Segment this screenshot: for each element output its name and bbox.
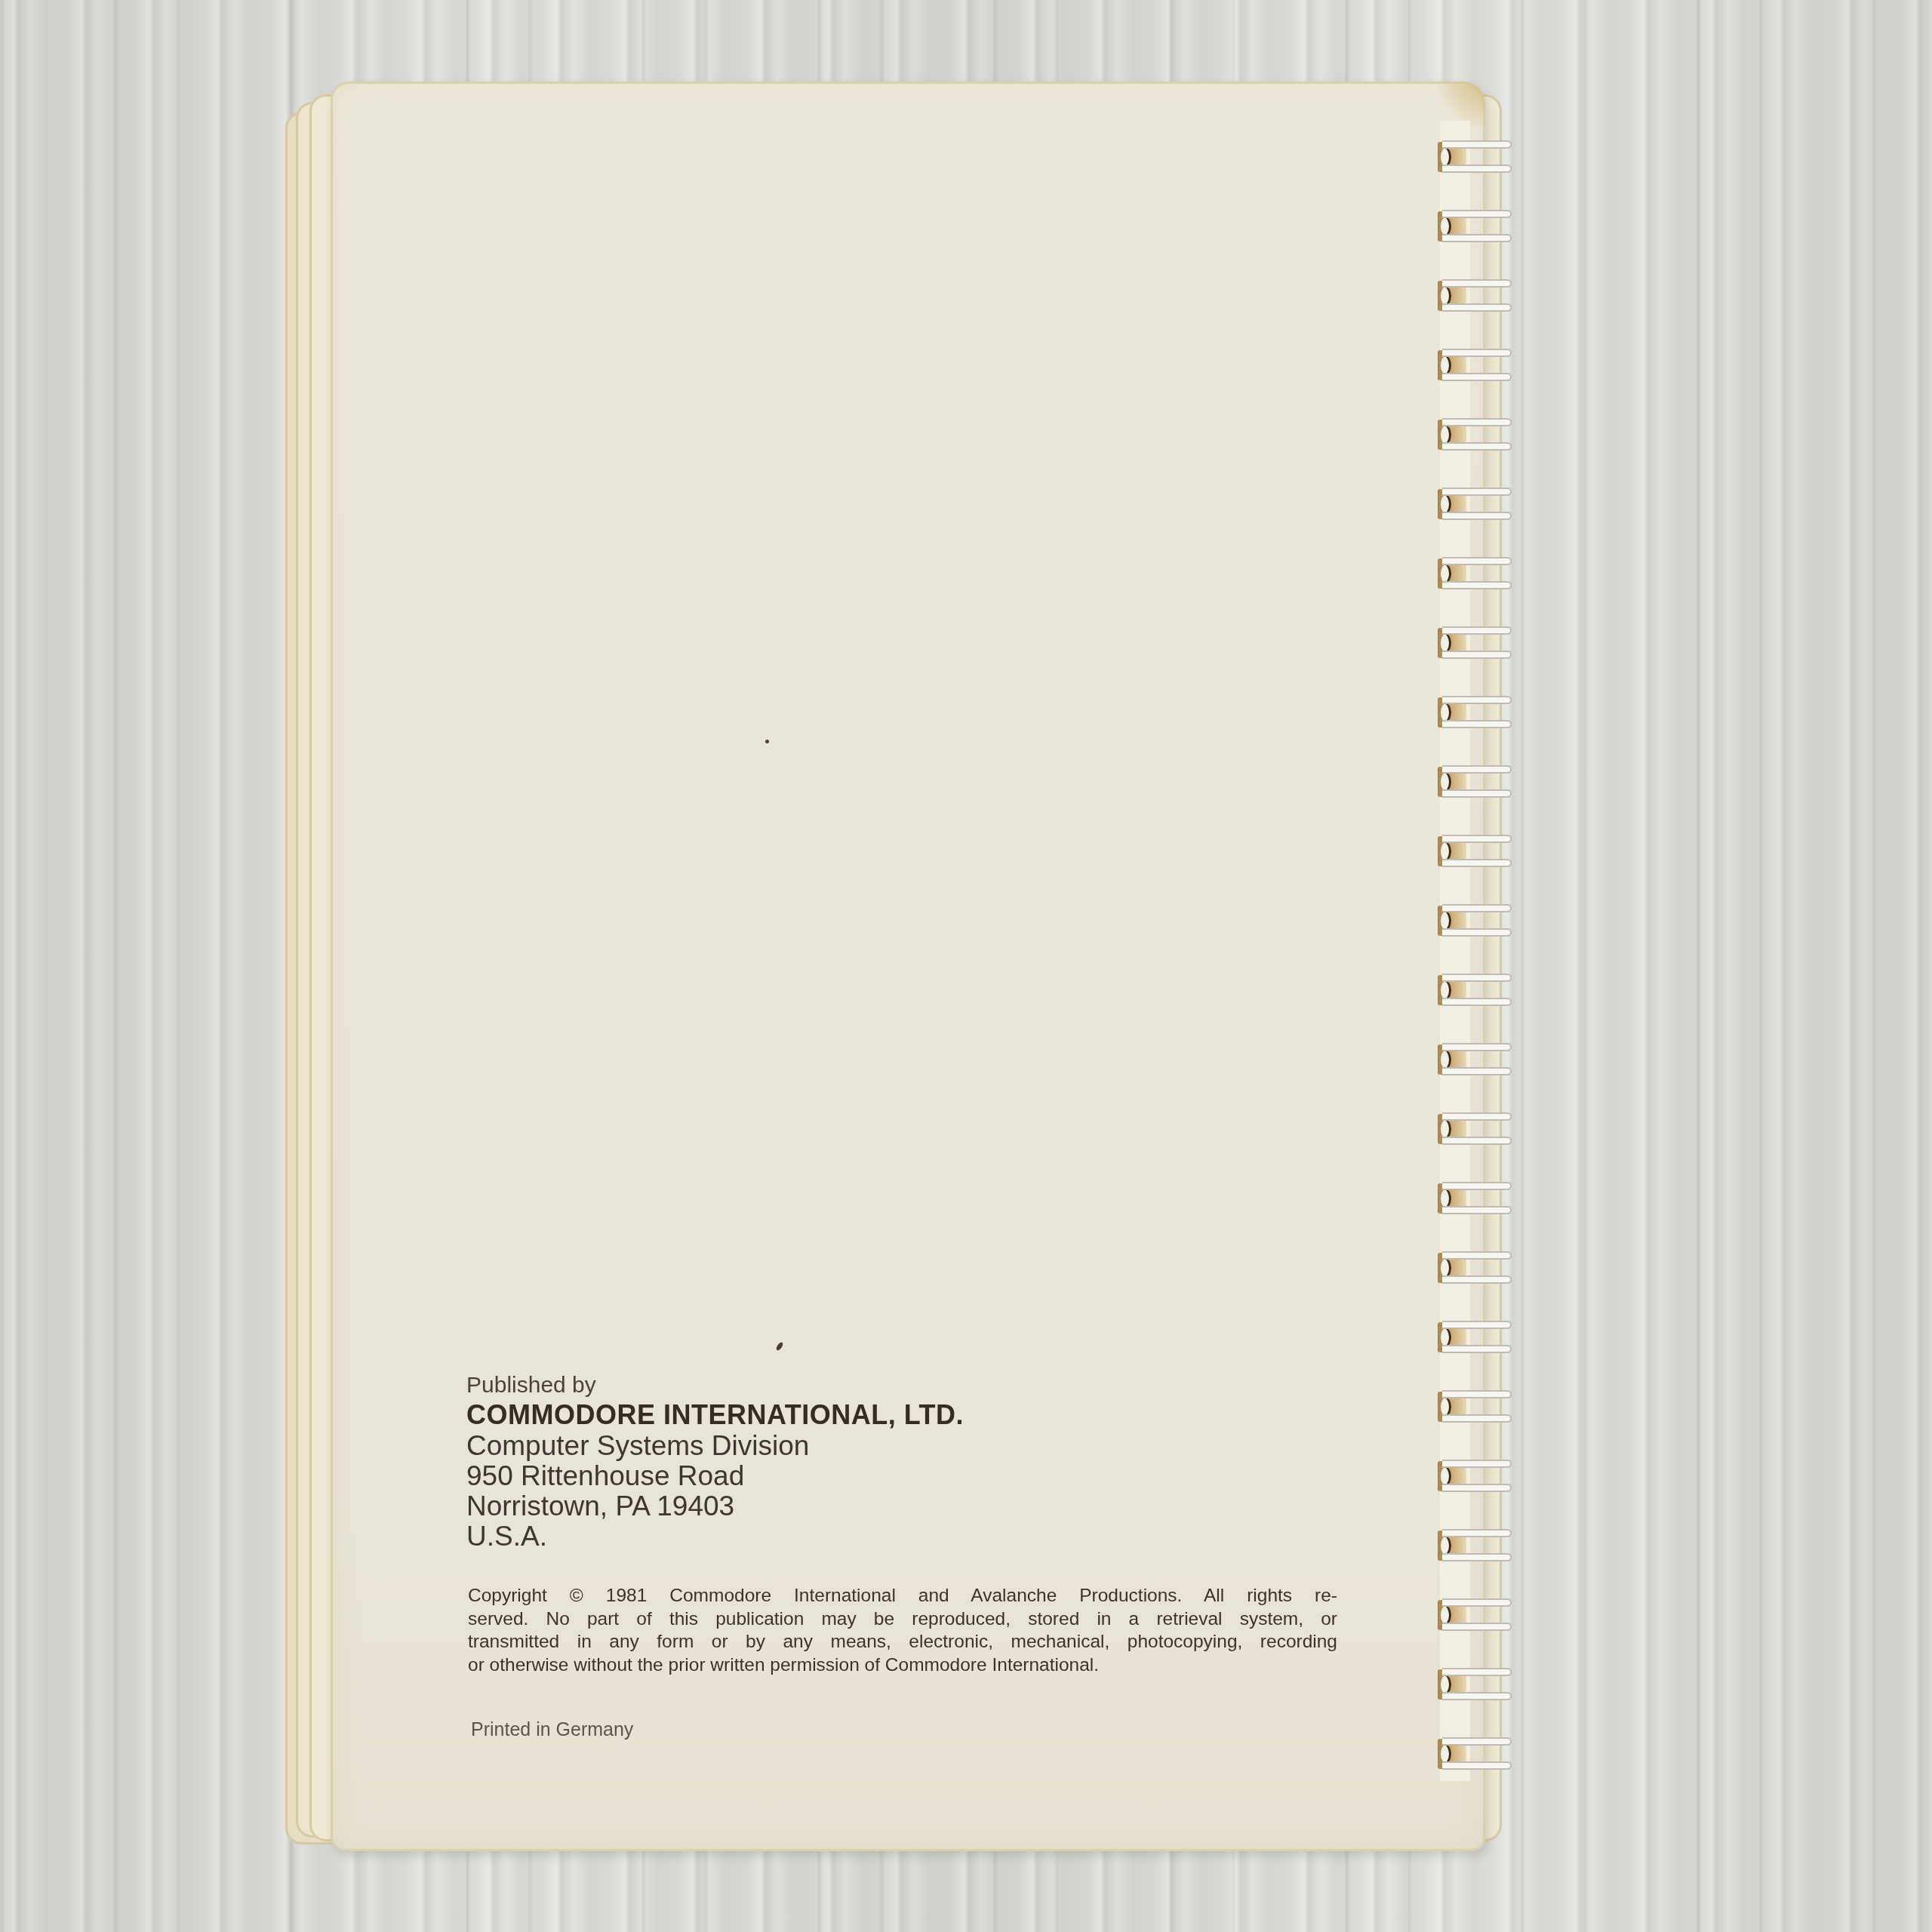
spiral-loop <box>1438 1248 1513 1286</box>
spiral-loop <box>1438 1734 1513 1772</box>
spiral-loop <box>1438 207 1513 245</box>
spiral-loop <box>1438 1526 1513 1564</box>
spiral-loop <box>1438 276 1513 314</box>
spiral-loop <box>1438 623 1513 661</box>
spiral-loop <box>1438 415 1513 453</box>
wire-coil <box>1442 1460 1512 1468</box>
copyright-line: or otherwise without the prior written p… <box>468 1654 1337 1678</box>
wire-coil <box>1442 1345 1512 1353</box>
wire-coil <box>1442 1321 1512 1329</box>
wire-coil <box>1442 279 1512 288</box>
wire-coil <box>1442 1112 1512 1121</box>
wire-coil <box>1442 557 1512 565</box>
wire-coil <box>1442 1737 1512 1746</box>
published-by-label: Published by <box>466 1372 964 1399</box>
wire-coil <box>1442 140 1512 149</box>
wire-coil <box>1442 789 1512 798</box>
wire-coil <box>1442 1043 1512 1051</box>
spiral-loop <box>1438 1595 1513 1633</box>
spiral-loop <box>1438 971 1513 1008</box>
wire-coil <box>1442 234 1512 242</box>
wire-coil <box>1442 1598 1512 1607</box>
wire-coil <box>1442 1390 1512 1398</box>
country-line: U.S.A. <box>466 1521 964 1552</box>
spiral-loop <box>1438 554 1513 592</box>
wire-coil <box>1442 1529 1512 1537</box>
spiral-loop <box>1438 693 1513 731</box>
city-line: Norristown, PA 19403 <box>466 1491 964 1521</box>
publisher-block: Published by COMMODORE INTERNATIONAL, LT… <box>466 1372 964 1552</box>
wire-coil <box>1442 974 1512 982</box>
wire-coil <box>1442 1668 1512 1676</box>
wire-coil <box>1442 720 1512 728</box>
wire-coil <box>1442 210 1512 218</box>
copyright-line: served. No part of this publication may … <box>468 1608 1337 1632</box>
spiral-loop <box>1438 1040 1513 1078</box>
division-line: Computer Systems Division <box>466 1431 964 1461</box>
wire-coil <box>1442 165 1512 173</box>
wire-coil <box>1442 488 1512 496</box>
wire-coil <box>1442 1761 1512 1770</box>
spiral-loop <box>1438 832 1513 869</box>
wire-coil <box>1442 928 1512 937</box>
wire-coil <box>1442 1692 1512 1700</box>
spiral-loop <box>1438 762 1513 800</box>
spiral-loop <box>1438 1109 1513 1147</box>
wire-coil <box>1442 651 1512 659</box>
wire-coil <box>1442 859 1512 867</box>
wire-coil <box>1442 696 1512 704</box>
printed-in-label: Printed in Germany <box>471 1719 633 1741</box>
street-line: 950 Rittenhouse Road <box>466 1461 964 1491</box>
copyright-line: transmitted in any form or by any means,… <box>468 1631 1337 1654</box>
wire-coil <box>1442 904 1512 912</box>
wire-coil <box>1442 765 1512 774</box>
spiral-loop <box>1438 485 1513 522</box>
copyright-line: Copyright © 1981 Commodore International… <box>468 1585 1337 1608</box>
wire-coil <box>1442 1275 1512 1284</box>
spiral-loop <box>1438 1457 1513 1494</box>
wire-coil <box>1442 1251 1512 1260</box>
wire-coil <box>1442 1206 1512 1214</box>
wire-coil <box>1442 1553 1512 1561</box>
spiral-loop <box>1438 137 1513 175</box>
wire-coil <box>1442 418 1512 426</box>
wire-coil <box>1442 1067 1512 1075</box>
wire-coil <box>1442 1623 1512 1631</box>
wire-coil <box>1442 1182 1512 1190</box>
spiral-loop <box>1438 1387 1513 1425</box>
company-name: COMMODORE INTERNATIONAL, LTD. <box>466 1399 964 1431</box>
copyright-notice: Copyright © 1981 Commodore International… <box>468 1585 1337 1677</box>
wire-coil <box>1442 442 1512 451</box>
cover-speck <box>765 740 769 743</box>
wire-coil <box>1442 626 1512 635</box>
spiral-loop <box>1438 1318 1513 1355</box>
wire-coil <box>1442 512 1512 520</box>
wire-coil <box>1442 349 1512 357</box>
wire-coil <box>1442 373 1512 381</box>
wire-coil <box>1442 1414 1512 1423</box>
spiral-loop <box>1438 1665 1513 1703</box>
wire-coil <box>1442 303 1512 312</box>
wire-coil <box>1442 998 1512 1006</box>
wire-coil <box>1442 835 1512 843</box>
spiral-loop <box>1438 901 1513 939</box>
wire-coil <box>1442 1484 1512 1492</box>
spiral-loop <box>1438 1179 1513 1217</box>
spiral-loop <box>1438 346 1513 383</box>
wire-coil <box>1442 1137 1512 1145</box>
wire-coil <box>1442 581 1512 589</box>
